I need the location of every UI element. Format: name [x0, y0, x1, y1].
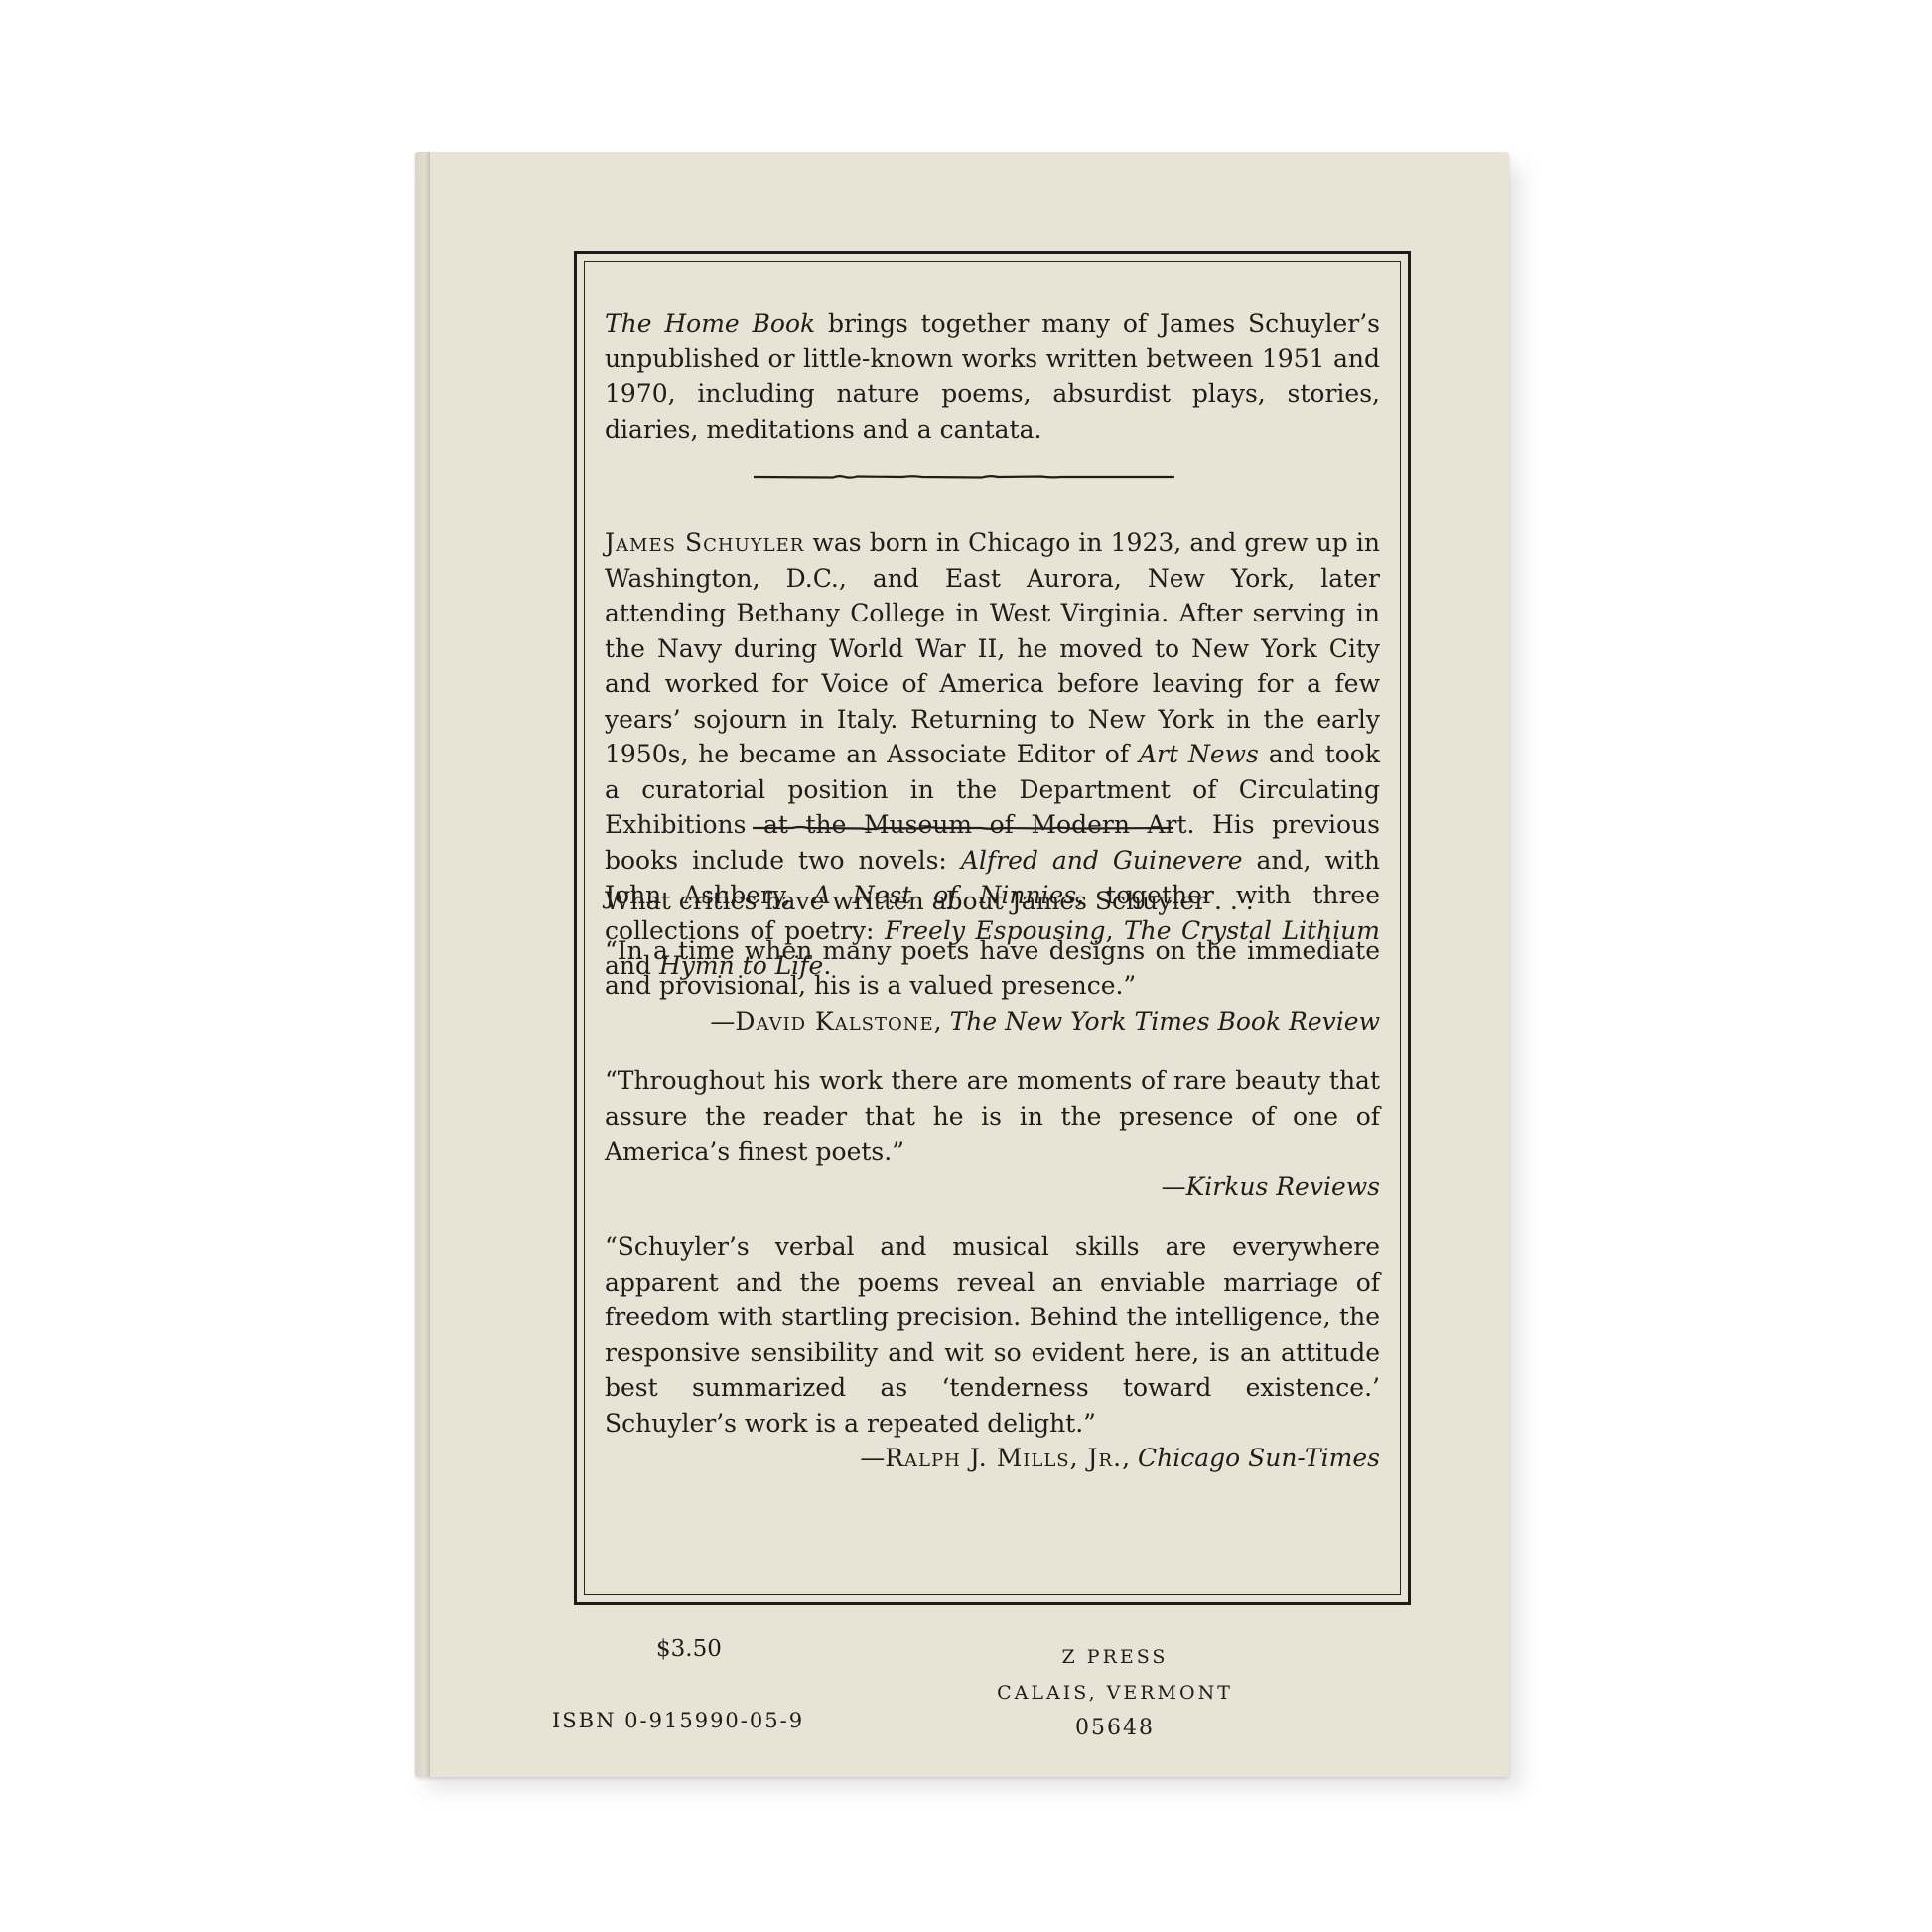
quote-text: “Schuyler’s verbal and musical skills ar… — [605, 1229, 1380, 1441]
publisher-location: CALAIS, VERMONT — [931, 1675, 1299, 1711]
quote-text: “In a time when many poets have designs … — [605, 933, 1380, 1004]
book-spine-edge — [415, 152, 430, 1777]
dash: — — [1162, 1173, 1186, 1201]
publication-name: Chicago Sun-Times — [1138, 1444, 1380, 1472]
price-label: $3.50 — [656, 1636, 722, 1662]
quote-attribution: —Kirkus Reviews — [605, 1170, 1380, 1205]
quote-attribution: —David Kalstone, The New York Times Book… — [605, 1004, 1380, 1039]
reviewer-name: Ralph J. Mills, Jr. — [885, 1444, 1122, 1472]
frame-inner-rule: The Home Book brings together many of Ja… — [584, 261, 1401, 1595]
critics-section: What critics have written about James Sc… — [605, 884, 1380, 1501]
novel-title: Alfred and Guinevere — [961, 846, 1243, 875]
book-back-cover: The Home Book brings together many of Ja… — [415, 152, 1509, 1777]
author-name: James Schuyler — [605, 528, 804, 557]
book-title: The Home Book — [605, 309, 815, 338]
dash: — — [710, 1007, 735, 1035]
separator: , — [1122, 1444, 1138, 1472]
dash: — — [860, 1444, 885, 1472]
intro-paragraph: The Home Book brings together many of Ja… — [605, 306, 1380, 447]
quote-attribution: —Ralph J. Mills, Jr., Chicago Sun-Times — [605, 1441, 1380, 1476]
frame-content: The Home Book brings together many of Ja… — [605, 262, 1380, 1594]
wavy-rule-icon — [753, 824, 1173, 832]
reviewer-name: David Kalstone — [735, 1007, 933, 1035]
review-quote: “In a time when many poets have designs … — [605, 933, 1380, 1039]
publisher-imprint: Z PRESS CALAIS, VERMONT 05648 — [931, 1639, 1299, 1746]
review-quote: “Throughout his work there are moments o… — [605, 1063, 1380, 1204]
critics-heading: What critics have written about James Sc… — [605, 884, 1380, 919]
publisher-name: Z PRESS — [931, 1639, 1299, 1675]
isbn-label: ISBN 0-915990-05-9 — [552, 1709, 804, 1732]
wavy-rule-icon — [754, 473, 1174, 481]
separator: , — [934, 1007, 950, 1035]
magazine-title: Art News — [1139, 740, 1259, 768]
review-quote: “Schuyler’s verbal and musical skills ar… — [605, 1229, 1380, 1476]
publication-name: Kirkus Reviews — [1186, 1173, 1380, 1201]
bio-text: was born in Chicago in 1923, and grew up… — [605, 528, 1380, 768]
publication-name: The New York Times Book Review — [950, 1007, 1380, 1035]
publisher-zip: 05648 — [931, 1711, 1299, 1746]
quote-text: “Throughout his work there are moments o… — [605, 1063, 1380, 1170]
double-rule-frame: The Home Book brings together many of Ja… — [574, 251, 1411, 1605]
